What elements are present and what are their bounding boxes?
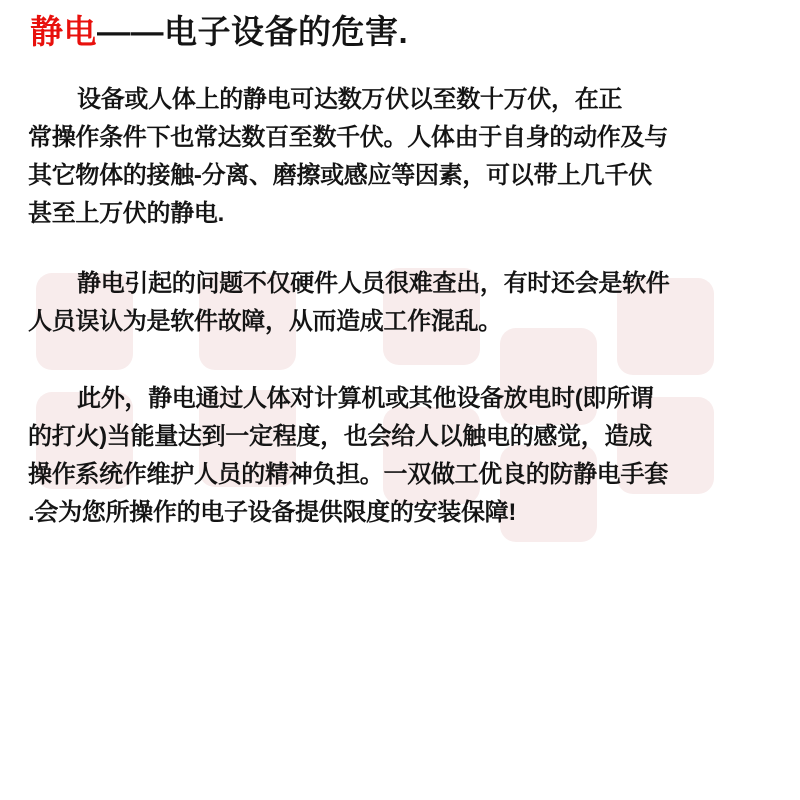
- document-content: 静电——电子设备的危害. 设备或人体上的静电可达数万伏以至数十万伏，在正 常操作…: [0, 14, 800, 532]
- page-title: 静电——电子设备的危害.: [30, 14, 772, 50]
- title-rest: ——电子设备的危害.: [97, 13, 408, 50]
- paragraph-discharge-shock: 此外，静电通过人体对计算机或其他设备放电时(即所谓 的打火)当能量达到一定程度，…: [28, 380, 772, 532]
- paragraph-troubleshooting: 静电引起的问题不仅硬件人员很难查出，有时还会是软件 人员误认为是软件故障，从而造…: [28, 265, 772, 341]
- paragraph-static-voltage: 设备或人体上的静电可达数万伏以至数十万伏，在正 常操作条件下也常达数百至数千伏。…: [28, 81, 772, 233]
- document-page: 静电——电子设备的危害. 设备或人体上的静电可达数万伏以至数十万伏，在正 常操作…: [0, 0, 800, 800]
- title-keyword: 静电: [30, 13, 97, 50]
